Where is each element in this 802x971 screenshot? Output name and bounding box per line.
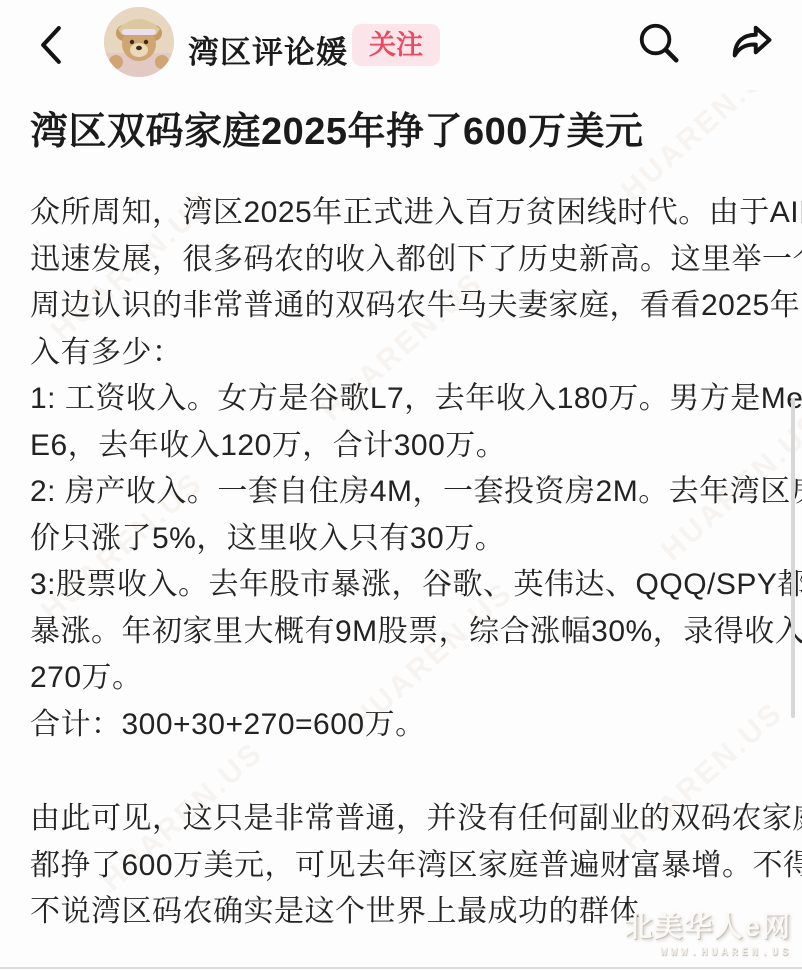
share-icon[interactable] [727,16,777,66]
post-title: 湾区双码家庭2025年挣了600万美元 [30,100,775,155]
post-paragraph-2: 由此可见，这只是非常普通，并没有任何副业的双码农家庭 都挣了600万美元，可见去… [30,796,790,936]
post-screen: HUAREN.US HUAREN.US HUAREN.US HUAREN.US … [0,0,802,971]
scrollbar-thumb[interactable] [791,398,795,718]
post-paragraph-1: 众所周知，湾区2025年正式进入百万贫困线时代。由于AI的 迅速发展，很多码农的… [30,190,790,748]
body-line: 2: 房产收入。一套自住房4M，一套投资房2M。去年湾区房 [30,469,790,516]
body-line: 众所周知，湾区2025年正式进入百万贫困线时代。由于AI的 [30,190,790,237]
post-body: 众所周知，湾区2025年正式进入百万贫困线时代。由于AI的 迅速发展，很多码农的… [30,190,790,936]
body-line: 1: 工资收入。女方是谷歌L7，去年收入180万。男方是Meta [30,376,790,423]
body-line: E6，去年收入120万，合计300万。 [30,423,790,470]
avatar[interactable] [104,7,174,77]
body-line: 3:股票收入。去年股市暴涨，谷歌、英伟达、QQQ/SPY都 [30,562,790,609]
username[interactable]: 湾区评论媛 [188,27,348,72]
body-line: 迅速发展，很多码农的收入都创下了历史新高。这里举一个 [30,237,790,284]
body-line: 不说湾区码农确实是这个世界上最成功的群体 [30,889,790,936]
body-line: 价只涨了5%，这里收入只有30万。 [30,516,790,563]
body-line: 合计：300+30+270=600万。 [30,702,790,749]
teddy-bear-avatar-image [104,7,174,77]
site-watermark-url: WWW.HUAREN.US [624,947,792,959]
body-line: 由此可见，这只是非常普通，并没有任何副业的双码农家庭 [30,796,790,843]
back-icon[interactable] [38,24,64,66]
body-line: 都挣了600万美元，可见去年湾区家庭普遍财富暴增。不得 [30,843,790,890]
body-line: 周边认识的非常普通的双码农牛马夫妻家庭，看看2025年收 [30,283,790,330]
body-line: 入有多少： [30,330,790,377]
search-icon[interactable] [636,20,682,66]
body-line: 暴涨。年初家里大概有9M股票，综合涨幅30%，录得收入 [30,609,790,656]
follow-button[interactable]: 关注 [352,24,440,66]
top-bar: 湾区评论媛 关注 [0,0,802,90]
bottom-divider [0,967,802,969]
body-line: 270万。 [30,655,790,702]
